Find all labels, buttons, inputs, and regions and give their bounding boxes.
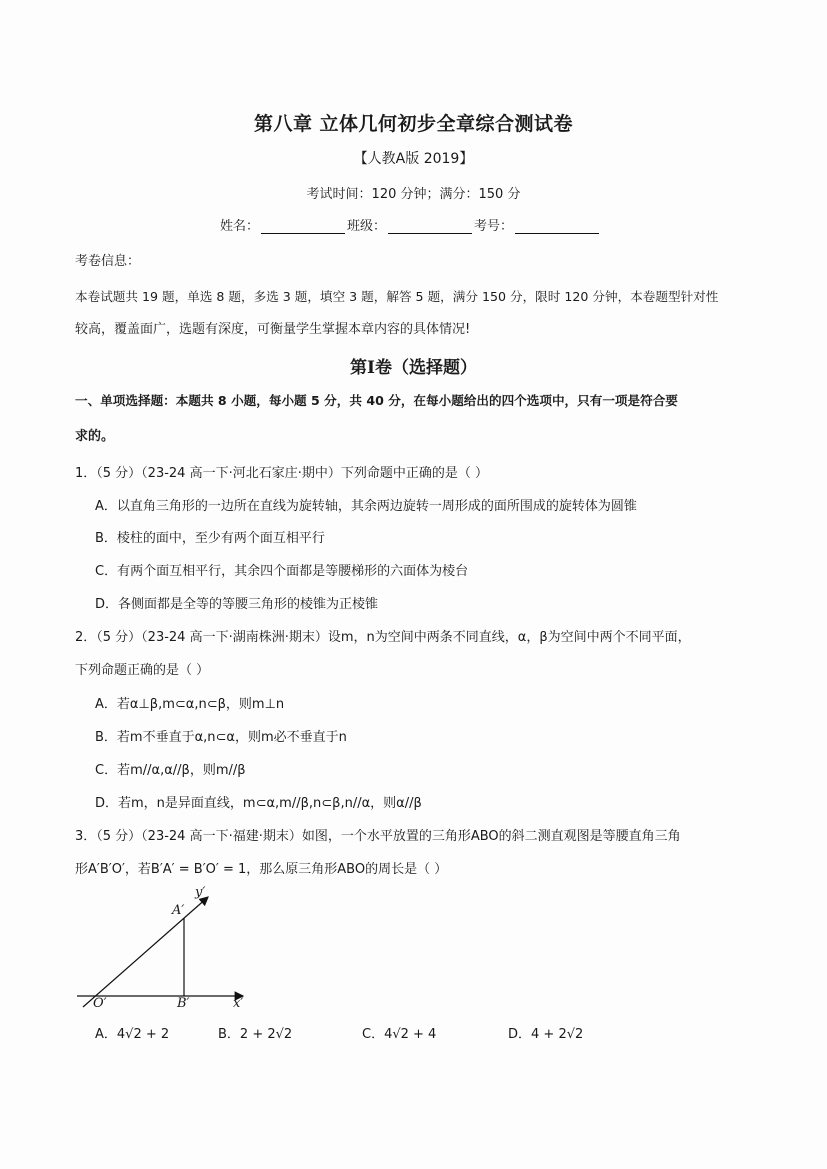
question-1-stem: 1．（5 分）（23-24 高一下·河北石家庄·期中）下列命题中正确的是（ ） <box>75 462 488 481</box>
question-1-option-a[interactable]: A．以直角三角形的一边所在直线为旋转轴，其余两边旋转一周形成的面所围成的旋转体为… <box>95 495 637 514</box>
question-1-option-c[interactable]: C．有两个面互相平行，其余四个面都是等腰梯形的六面体为棱台 <box>95 560 468 579</box>
name-label: 姓名： <box>220 215 259 234</box>
student-info-row: 姓名： 班级： 考号： <box>220 215 601 234</box>
info-label: 考卷信息： <box>75 250 140 269</box>
question-2-stem-1: 2．（5 分）（23-24 高一下·湖南株洲·期末）设m，n为空间中两条不同直线… <box>75 626 691 645</box>
question-1-option-d[interactable]: D．各侧面都是全等的等腰三角形的棱锥为正棱锥 <box>95 593 378 612</box>
info-line-2: 较高，覆盖面广，选题有深度，可衡量学生掌握本章内容的具体情况! <box>75 318 470 337</box>
page-title: 第八章 立体几何初步全章综合测试卷 <box>0 109 827 136</box>
question-2-option-d[interactable]: D．若m，n是异面直线，m⊂α,m//β,n⊂β,n//α，则α//β <box>95 792 422 811</box>
point-a-label: A′ <box>172 903 184 918</box>
section-instruction-1: 一、单项选择题：本题共 8 小题，每小题 5 分，共 40 分，在每小题给出的四… <box>75 390 678 409</box>
section-instruction-2: 求的。 <box>75 425 114 444</box>
section-title: 第Ⅰ卷（选择题） <box>0 353 827 378</box>
info-line-1: 本卷试题共 19 题，单选 8 题，多选 3 题，填空 3 题，解答 5 题，满… <box>75 286 718 305</box>
class-field[interactable] <box>388 219 472 234</box>
point-o-label: O′ <box>93 996 107 1011</box>
exam-time-info: 考试时间：120 分钟；满分：150 分 <box>0 183 827 202</box>
question-3-option-c[interactable]: C．4√2 + 4 <box>362 1023 436 1042</box>
question-3-option-a[interactable]: A．4√2 + 2 <box>95 1023 169 1042</box>
question-3-stem-1: 3．（5 分）（23-24 高一下·福建·期末）如图，一个水平放置的三角形ABO… <box>75 825 681 844</box>
y-axis-label: y′ <box>195 885 205 900</box>
edition-label: 【人教A版 2019】 <box>0 148 827 168</box>
x-axis-label: x′ <box>233 996 243 1011</box>
question-3-stem-2: 形A′B′O′，若B′A′ = B′O′ = 1，那么原三角形ABO的周长是（ … <box>75 858 447 877</box>
question-2-option-c[interactable]: C．若m//α,α//β，则m//β <box>95 759 246 778</box>
question-2-option-b[interactable]: B．若m不垂直于α,n⊂α，则m必不垂直于n <box>95 726 347 745</box>
question-2-stem-2: 下列命题正确的是（ ） <box>75 659 209 678</box>
id-label: 考号： <box>474 215 513 234</box>
point-b-label: B′ <box>177 996 190 1011</box>
id-field[interactable] <box>515 219 599 234</box>
name-field[interactable] <box>261 219 345 234</box>
question-3-option-d[interactable]: D．4 + 2√2 <box>508 1023 583 1042</box>
oblique-triangle-diagram: y′ A′ O′ B′ x′ <box>75 885 255 1015</box>
question-2-option-a[interactable]: A．若α⊥β,m⊂α,n⊂β，则m⊥n <box>95 693 284 712</box>
question-3-option-b[interactable]: B．2 + 2√2 <box>218 1023 292 1042</box>
question-1-option-b[interactable]: B．棱柱的面中，至少有两个面互相平行 <box>95 527 325 546</box>
class-label: 班级： <box>347 215 386 234</box>
